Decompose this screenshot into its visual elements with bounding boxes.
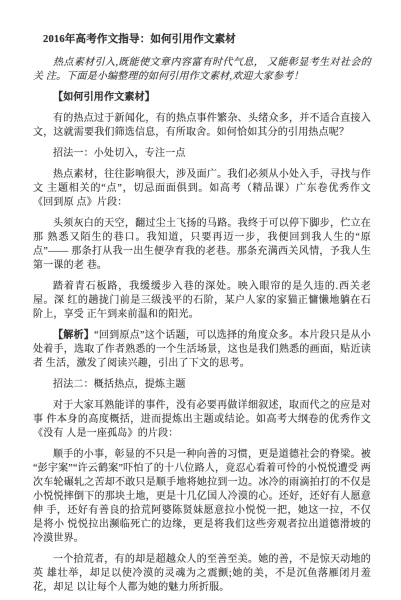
method2-excerpt-paragraph-1: 顺手的小事，彰显的不只是一种向善的习惯，更是道德社会的脊梁。被 “彭宇案”“许云… <box>33 448 371 546</box>
method2-excerpt-paragraph-2: 一个拾荒者，有的却是超越众人的至善至美。她的善，不是惊天动地的英 雄壮举，却足以… <box>33 553 371 595</box>
section-header: 【如何引用作文素材】 <box>33 91 371 105</box>
document-title: 2016年高考作文指导：如何引用作文素材 <box>43 33 371 47</box>
lead-paragraph: 有的热点过于新闻化，有的热点事件繁杂、头绪众多，并不适合直接入 文，这就需要我们… <box>33 112 371 140</box>
document-page: 2016年高考作文指导：如何引用作文素材 热点素材引入,既能使文章内容富有时代气… <box>0 0 401 600</box>
method2-intro-paragraph: 对于大家耳熟能详的事件，没有必要再做详细叙述，取而代之的应是对事 件本身的高度概… <box>33 399 371 441</box>
intro-paragraph: 热点素材引入,既能使文章内容富有时代气息， 又能彰显考生对社会的关 注。下面是小… <box>33 56 371 84</box>
method1-analysis-paragraph: 【解析】“回到原点”这个话题，可以选择的角度众多。本片段只是从小 处着手，选取了… <box>33 329 371 371</box>
analysis-label: 【解析】 <box>53 330 94 341</box>
method2-heading: 招法二：概括热点，提炼主题 <box>33 378 371 392</box>
method1-intro-paragraph: 热点素材，往往影响很大，涉及面广。我们必须从小处入手，寻找与作文 主题相关的“点… <box>33 168 371 210</box>
method1-excerpt-paragraph-1: 头须灰白的天空，翻过尘土飞扬的马路。我终于可以停下脚步，伫立在那 熟悉又陌生的巷… <box>33 217 371 273</box>
method1-heading: 招法一：小处切入，专注一点 <box>33 147 371 161</box>
method1-excerpt-paragraph-2: 踏着青石板路，我缓缓步入巷的深处。映入眼帘的是久违的.西关老屋。深 红的趟拢门前… <box>33 280 371 322</box>
